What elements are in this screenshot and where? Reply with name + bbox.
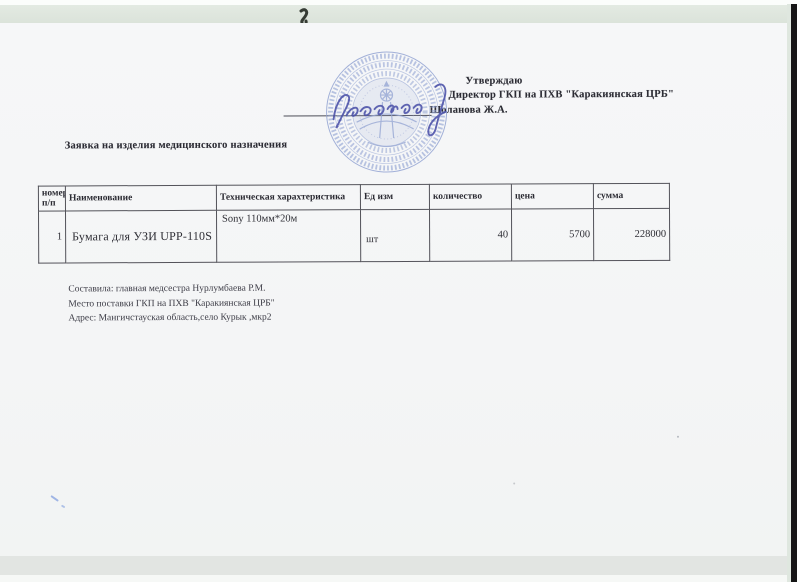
- header-cell-unit: Ед изм: [360, 184, 429, 209]
- approval-word: Утверждаю: [465, 75, 522, 87]
- header-cell-total: сумма: [593, 183, 669, 208]
- cell-item-unit: шт: [360, 209, 429, 261]
- ink-speck: [61, 505, 65, 508]
- requisition-table: номер п/п Наименование Техническая харах…: [38, 183, 670, 264]
- approval-director-line: Директор ГКП на ПХВ "Каракиянская ЦРБ": [448, 89, 674, 102]
- cell-item-price: 5700: [511, 209, 593, 261]
- header-cell-number: номер п/п: [38, 186, 65, 211]
- cell-row-number: 1: [39, 211, 66, 263]
- dust-speck: [513, 482, 515, 484]
- table-row: 1 Бумага для УЗИ UPP-110S Sony 110мм*20м…: [39, 208, 670, 263]
- scanner-strip-bottom-white: [0, 575, 790, 582]
- signature: [299, 75, 459, 146]
- header-cell-price: цена: [511, 184, 593, 209]
- cell-item-quantity: 40: [429, 209, 511, 261]
- header-cell-spec: Техническая харахтеристика: [216, 185, 360, 211]
- document-content: Утверждаю Директор ГКП на ПХВ "Каракиянс…: [0, 0, 800, 582]
- scanner-strip-bottom: [0, 556, 790, 575]
- table-header-row: номер п/п Наименование Техническая харах…: [38, 183, 669, 211]
- document-title: Заявка на изделия медицинского назначени…: [65, 139, 288, 151]
- header-cell-quantity: количество: [429, 184, 511, 209]
- composed-by-line: Составила: главная медсестра Нурлумбаева…: [68, 284, 265, 296]
- header-cell-name: Наименование: [65, 185, 216, 211]
- dust-speck: [677, 436, 679, 438]
- cell-item-name: Бумага для УЗИ UPP-110S: [66, 210, 217, 263]
- address-line: Адрес: Мангичстауская область,село Курык…: [68, 313, 271, 325]
- cell-item-spec: Sony 110мм*20м: [216, 210, 360, 263]
- delivery-place-line: Место поставки ГКП на ПХВ "Каракиянская …: [68, 299, 274, 311]
- cell-item-total: 228000: [593, 208, 669, 260]
- scanned-document: Утверждаю Директор ГКП на ПХВ "Каракиянс…: [0, 0, 800, 582]
- ink-speck: [51, 495, 59, 501]
